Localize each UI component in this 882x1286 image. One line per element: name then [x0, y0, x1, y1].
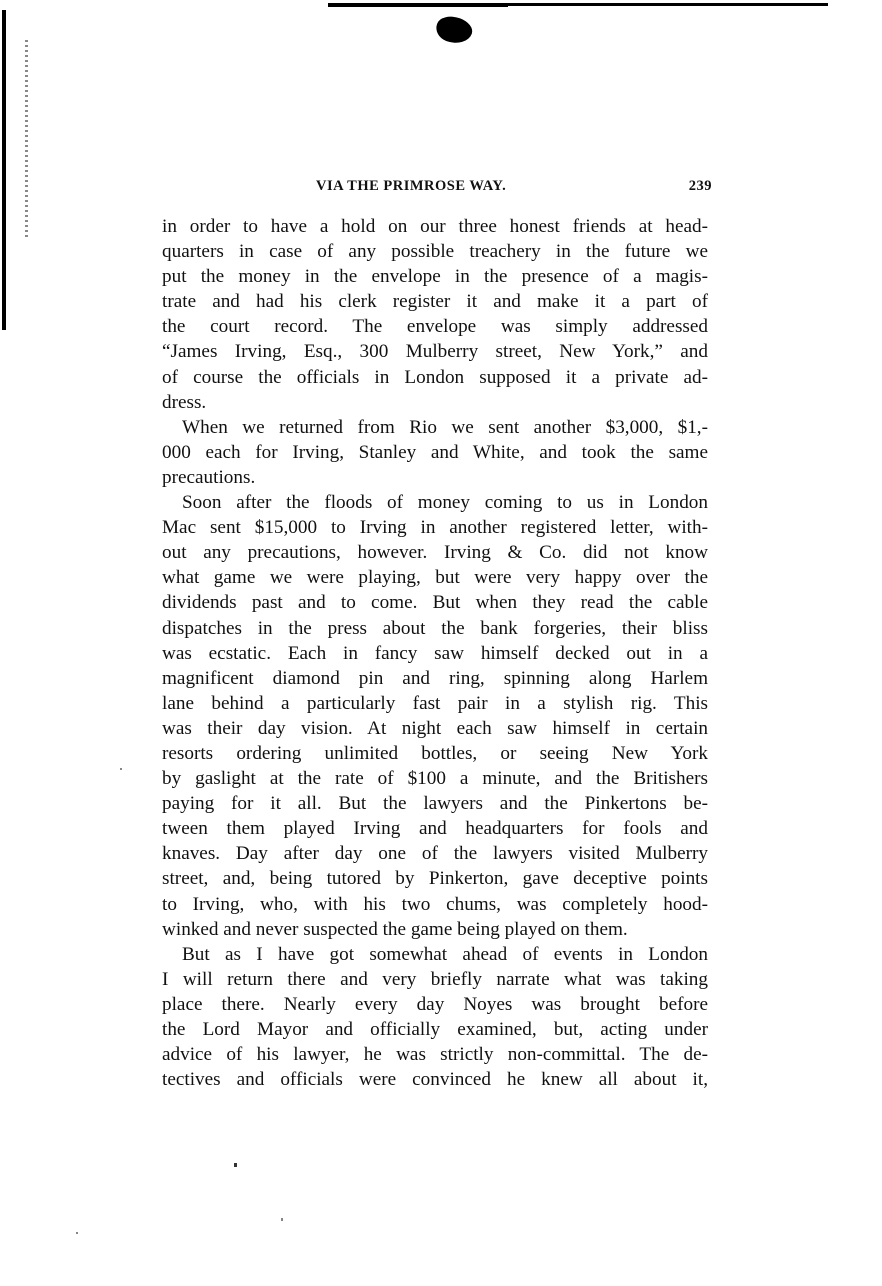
text-line: 000 each for Irving, Stanley and White, …: [162, 440, 708, 465]
text-line: I will return there and very briefly nar…: [162, 967, 708, 992]
top-edge-rule-thin: [328, 6, 508, 7]
page-binding-edge: [2, 10, 6, 330]
text-line: dispatches in the press about the bank f…: [162, 616, 708, 641]
running-head: VIA THE PRIMROSE WAY. 239: [316, 178, 712, 198]
text-line: But as I have got somewhat ahead of even…: [162, 942, 708, 967]
stray-ink-dot: [281, 1218, 283, 1221]
text-line: the Lord Mayor and officially examined, …: [162, 1017, 708, 1042]
text-line: Mac sent $15,000 to Irving in another re…: [162, 515, 708, 540]
stray-ink-dot: [76, 1232, 78, 1234]
text-line: tween them played Irving and headquarter…: [162, 816, 708, 841]
text-line: paying for it all. But the lawyers and t…: [162, 791, 708, 816]
text-line: knaves. Day after day one of the lawyers…: [162, 841, 708, 866]
text-line: street, and, being tutored by Pinkerton,…: [162, 866, 708, 891]
body-text: in order to have a hold on our three hon…: [162, 214, 708, 1092]
running-head-title: VIA THE PRIMROSE WAY.: [316, 178, 506, 195]
text-line: was ecstatic. Each in fancy saw himself …: [162, 641, 708, 666]
text-line: what game we were playing, but were very…: [162, 565, 708, 590]
text-line: tectives and officials were convinced he…: [162, 1067, 708, 1092]
text-line: the court record. The envelope was simpl…: [162, 314, 708, 339]
text-line: dress.: [162, 390, 708, 415]
text-line: lane behind a particularly fast pair in …: [162, 691, 708, 716]
page-binding-speckle: [25, 40, 28, 240]
text-line: dividends past and to come. But when the…: [162, 590, 708, 615]
text-line: in order to have a hold on our three hon…: [162, 214, 708, 239]
text-line: magnificent diamond pin and ring, spinni…: [162, 666, 708, 691]
text-line: quarters in case of any possible treache…: [162, 239, 708, 264]
text-line: Soon after the floods of money coming to…: [162, 490, 708, 515]
text-line: to Irving, who, with his two chums, was …: [162, 892, 708, 917]
text-line: trate and had his clerk register it and …: [162, 289, 708, 314]
text-line: When we returned from Rio we sent anothe…: [162, 415, 708, 440]
text-line: by gaslight at the rate of $100 a minute…: [162, 766, 708, 791]
text-line: was their day vision. At night each saw …: [162, 716, 708, 741]
ink-blot-mark: [433, 12, 476, 49]
text-line: winked and never suspected the game bein…: [162, 917, 708, 942]
stray-ink-dot: [120, 768, 122, 770]
text-line: precautions.: [162, 465, 708, 490]
page-number: 239: [689, 178, 712, 195]
text-line: “James Irving, Esq., 300 Mulberry street…: [162, 339, 708, 364]
text-line: advice of his lawyer, he was strictly no…: [162, 1042, 708, 1067]
text-line: out any precautions, however. Irving & C…: [162, 540, 708, 565]
text-line: place there. Nearly every day Noyes was …: [162, 992, 708, 1017]
text-line: resorts ordering unlimited bottles, or s…: [162, 741, 708, 766]
text-line: of course the officials in London suppos…: [162, 365, 708, 390]
stray-ink-dot: [234, 1163, 237, 1167]
text-line: put the money in the envelope in the pre…: [162, 264, 708, 289]
